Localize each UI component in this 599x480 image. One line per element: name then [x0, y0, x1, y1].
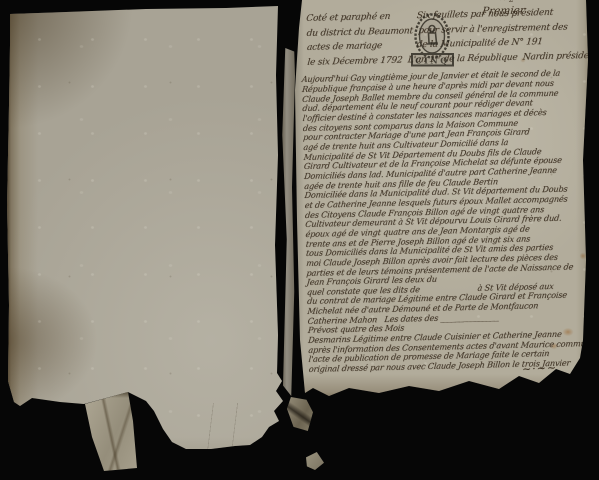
- corner-scribble: ~ 2ᵉ ~: [500, 0, 527, 4]
- folded-corner-flap: [84, 391, 140, 471]
- underlying-leaf-edge: [280, 48, 295, 396]
- paper-speckle-texture: [6, 5, 308, 471]
- manuscript-body: Aujourd'hui Gay vingtième jour de Janvie…: [302, 68, 595, 374]
- signature-flourish: ~·~~: [522, 361, 558, 376]
- right-page-manuscript-leaf: ~ 2ᵉ ~ Premier Coté et paraphé en Six fe…: [286, 0, 592, 402]
- document-scan: ~ 2ᵉ ~ Premier Coté et paraphé en Six fe…: [0, 0, 599, 480]
- left-page-blank-leaf: [6, 5, 308, 471]
- torn-paper-fragment: [306, 452, 324, 470]
- torn-paper-fragment: [287, 397, 313, 431]
- tax-stamp-icon: CINQ: [402, 10, 464, 68]
- paper-crease-lines: [202, 403, 246, 451]
- stamp-denomination-text: CINQ: [415, 56, 449, 66]
